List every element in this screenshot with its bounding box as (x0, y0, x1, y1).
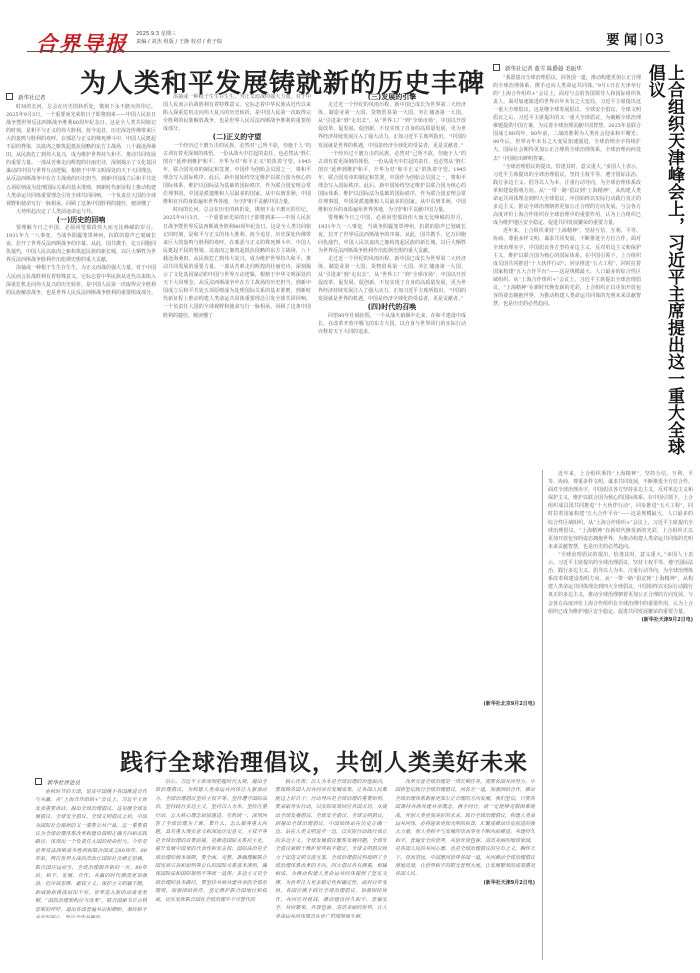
article2-paragraph: 近年来，上合组织秉持“上海精神”，坚持互信、互利、平等、协商、尊重多样文明、谋求… (493, 227, 641, 308)
section-divider (640, 33, 642, 46)
article2-byline: 新华社记者 董雪 陈爵超 毛振华 (493, 64, 641, 74)
article3-paragraph: 金秋时节的天津，见证中国携手各国推进合作与共赢。在“上海合作组织+”会议上，习近… (35, 788, 147, 918)
article3-byline: 新华社评论员 (35, 778, 147, 788)
article1-column-3: (三)发展的引擎 走过近一个世纪的风雨历程，新中国已成长为世界第二大经济体，制造… (318, 93, 466, 733)
section-label: 要 闻03 (606, 29, 664, 48)
article1-paragraph: 时间的长河，总会在历史的转折处，镌刻下永不磨灭的印记。2025年9月3日，一个重… (6, 103, 156, 208)
article1-paragraph: 走过近一个世纪的风雨历程，新中国已成长为世界第二大经济体，制造业第一大国、货物贸… (318, 255, 466, 304)
staff-credits: 责编 / 刘杰 组版 / 王静 校对 / 黄子瑞 (136, 38, 222, 46)
article1-paragraph: 走过近一个世纪的风雨历程，新中国已成长为世界第二大经济体，制造业第一大国、货物贸… (318, 101, 466, 150)
article3-paragraph: 信心，习近平主席深刻把握时代大势，提出全球治理倡议，为构建人类命运共同体注入强劲… (155, 778, 267, 904)
article1-paragraph: 时间的长河，总会在历史的转折处，镌刻下永不磨灭的印记。2025年9月3日，一个重… (163, 206, 311, 319)
article2-paragraph: 近年来，上合组织秉持“上海精神”，坚持互信、互利、平等、协商、尊重多样文明、谋求… (548, 470, 693, 551)
article2-paragraph: “全球治理倡议的提出，恰逢其时，意义重大。”多国人士表示，习近平主席提出的全球治… (493, 163, 641, 228)
article1-subhead-3: (三)发展的引擎 (318, 93, 466, 101)
article3-column-3: 核心作用；以人为本是全球治理的价值取向，要保障各国人民共同享有发展成果，让各国人… (275, 778, 387, 918)
article1-paragraph: 浴抽或一种根于生生存生生，为正义而战的强大力量。对于中国人民而言抗战胜利有着特殊… (163, 93, 311, 133)
masthead-rule (27, 51, 670, 52)
article1-subhead-1: (一)历史的回响 (6, 216, 156, 224)
issue-date: 2025.9.3 星期三 (136, 30, 222, 38)
article1-column-2: 浴抽或一种根于生生存生生，为正义而战的强大力量。对于中国人民而言抗战胜利有着特殊… (163, 93, 311, 733)
article3-paragraph: 改革完善全球治理是一项长期任务，需要各国共同努力。中国将坚定践行全球治理倡议，同… (395, 778, 535, 879)
article3-dateline: (新华社天津9月2日电) (395, 879, 535, 887)
article3-column-4: 改革完善全球治理是一项长期任务，需要各国共同努力。中国将坚定践行全球治理倡议，同… (395, 778, 535, 928)
article2-paragraph: “我愿提出全球治理倡议，同各国一道，推动构建更加公正合理的全球治理体系，携手迈向… (493, 74, 641, 163)
article1-subhead-4: (四)时代的召唤 (318, 303, 466, 311)
article2-paragraph: “全球治理倡议的提出，恰逢其时，意义重大。”多国人士表示，习近平主席提出的全球治… (548, 551, 693, 616)
article1-paragraph: 一个经历过千磨万击的民族，必然对“己所不欲，勿施于人”的古训有着更深刻的体悟。一… (318, 150, 466, 215)
article1-dateline: (新华社北京9月2日电) (395, 700, 535, 708)
masthead: 合界导报 2025.9.3 星期三 责编 / 刘杰 组版 / 王静 校对 / 黄… (36, 28, 664, 50)
byline-box-icon (35, 778, 42, 785)
article2-column-2: 近年来，上合组织秉持“上海精神”，坚持互信、互利、平等、协商、尊重多样文明、谋求… (548, 470, 693, 960)
article1-paragraph: 回望80年壮阔征程，一个从战火硝烟中走来，在和平建设中成长，在改革开放中腾飞的东… (318, 312, 466, 336)
article1-paragraph: 大势所趋决定了人类前途命运与共。 (6, 208, 156, 216)
article1-byline: 新华社记者 (6, 93, 156, 103)
article2-dateline: (新华社天津9月2日电) (548, 616, 693, 624)
article1-paragraph: 浴抽或一种根于生生存生生，为正义而战的强大力量。对于中国人民而言抗战胜利有着特殊… (6, 264, 156, 296)
article3-headline: 践行全球治理倡议，共创人类美好未来 (120, 744, 528, 777)
newspaper-logo: 合界导报 (36, 28, 128, 58)
article3-column-2: 信心，习近平主席深刻把握时代大势，提出全球治理倡议，为构建人类命运共同体注入强劲… (155, 778, 267, 918)
article3-paragraph: 核心作用；以人为本是全球治理的价值取向，要保障各国人民共同享有发展成果，让各国人… (275, 778, 387, 918)
issue-meta: 2025.9.3 星期三 责编 / 刘杰 组版 / 王静 校对 / 黄子瑞 (136, 30, 222, 46)
article1-dateline-block: (新华社北京9月2日电) (395, 700, 535, 730)
section-name: 要 闻 (606, 33, 637, 48)
article1-subhead-2: (二)正义的守望 (163, 133, 311, 141)
byline-box-icon (6, 93, 13, 100)
article1-paragraph: 一个经历过千磨万击的民族，必然对“己所不欲，勿施于人”的古训有着更深刻的体悟。一… (163, 142, 311, 207)
page-number: 03 (645, 30, 664, 48)
article2-vertical-headline: 上合组织天津峰会上，习近平主席提出这一重大全球倡议 (655, 64, 683, 464)
article1-paragraph: 要理解今日之中国，必须回望那段伟大而无比峥嵘的岁月。1931年九一八事变，当战争… (318, 214, 466, 254)
byline-box-icon (493, 64, 500, 71)
article1-column-1: 新华社记者 时间的长河，总会在历史的转折处，镌刻下永不磨灭的印记。2025年9月… (6, 93, 156, 733)
article3-column-1: 新华社评论员 金秋时节的天津，见证中国携手各国推进合作与共赢。在“上海合作组织+… (35, 778, 147, 918)
column-divider (542, 470, 543, 960)
article1-paragraph: 要理解今日之中国，必须回望那段伟大而无比峥嵘的岁月。1931年九一八事变，当战争… (6, 224, 156, 264)
